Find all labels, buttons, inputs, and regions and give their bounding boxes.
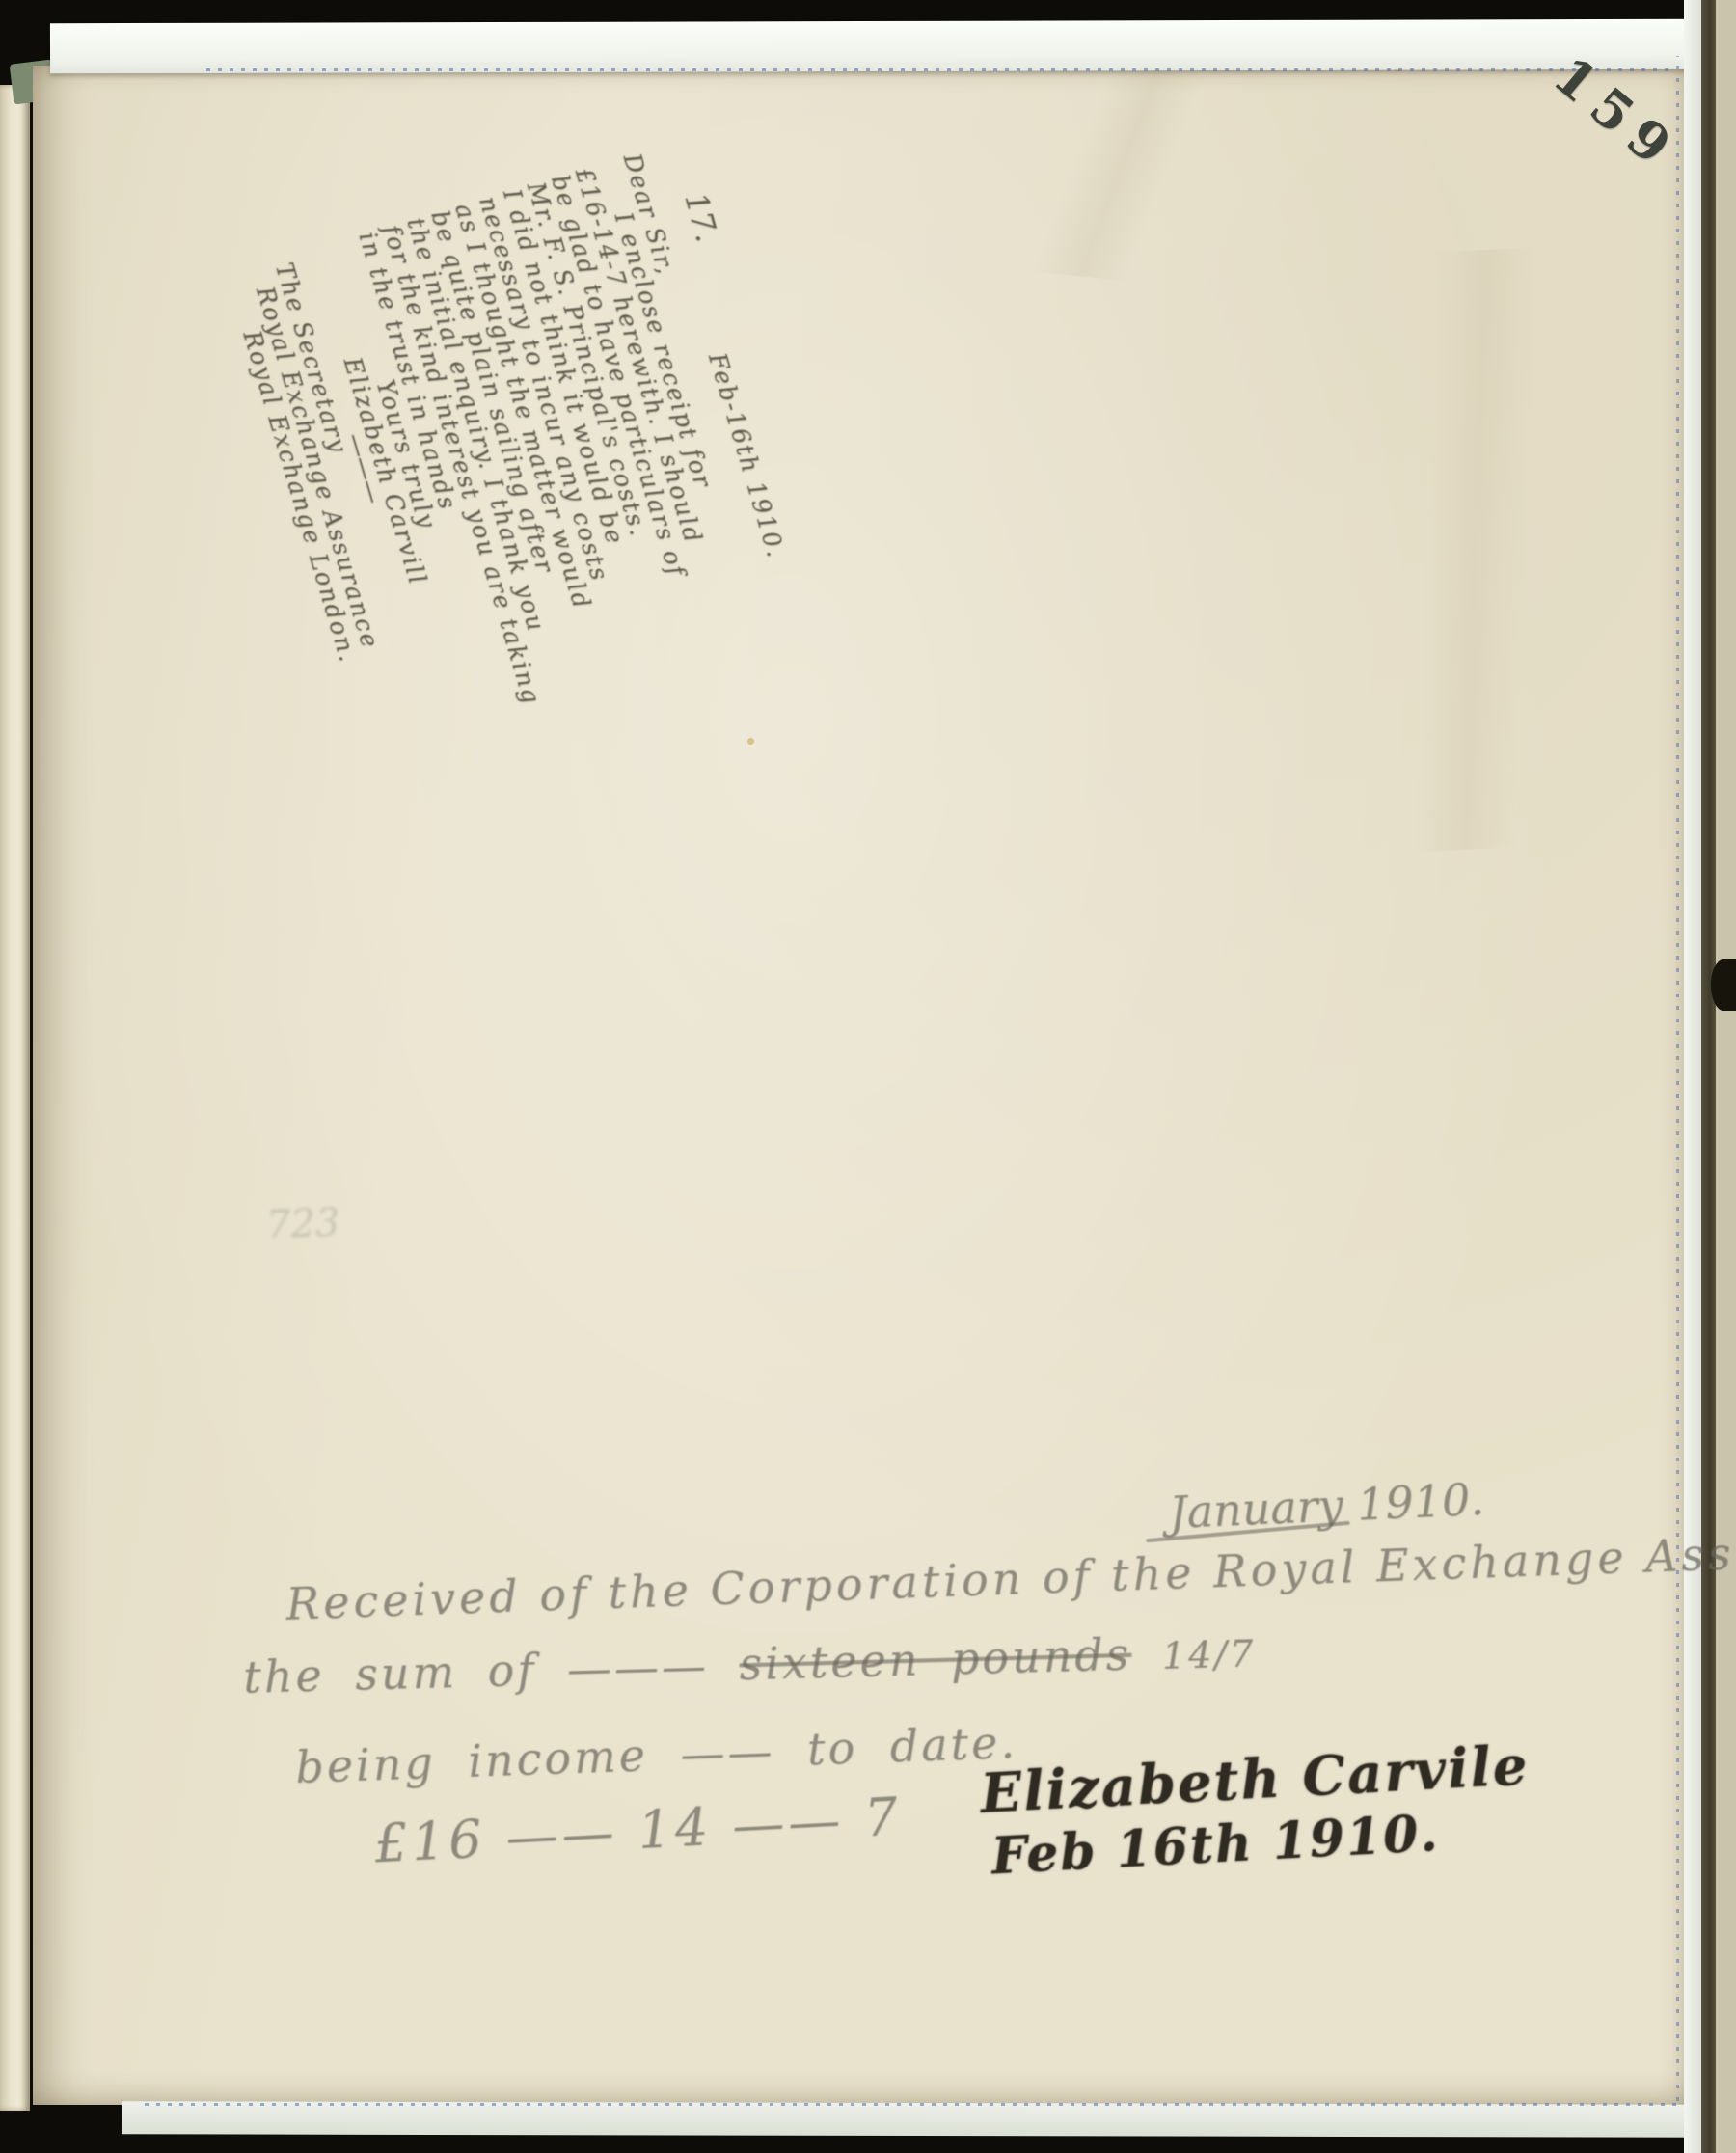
sum-words: sixteen pounds [739, 1628, 1132, 1691]
blue-dotted-rule-right [1676, 56, 1679, 2101]
sum-fraction: 14/7 [1161, 1632, 1256, 1677]
top-page-edge [50, 19, 1703, 73]
paper-stain [747, 738, 754, 745]
binding-edge [1701, 0, 1716, 2153]
underlying-page-edge [1716, 0, 1736, 2153]
page-tab-shadow [1711, 959, 1736, 1011]
bottom-page-edge [122, 2101, 1703, 2137]
blue-dotted-rule-top [206, 68, 1676, 71]
left-page-edges [0, 85, 30, 2111]
blue-dotted-rule-bottom [145, 2103, 1680, 2106]
scanned-letter-page: 159 17. Feb-16th 1910. Dear Sir, I enclo… [0, 0, 1736, 2153]
paper-crease [1316, 244, 1636, 857]
faint-ink-smudge: 723 [265, 1201, 340, 1248]
right-page-edge [1684, 0, 1703, 2153]
